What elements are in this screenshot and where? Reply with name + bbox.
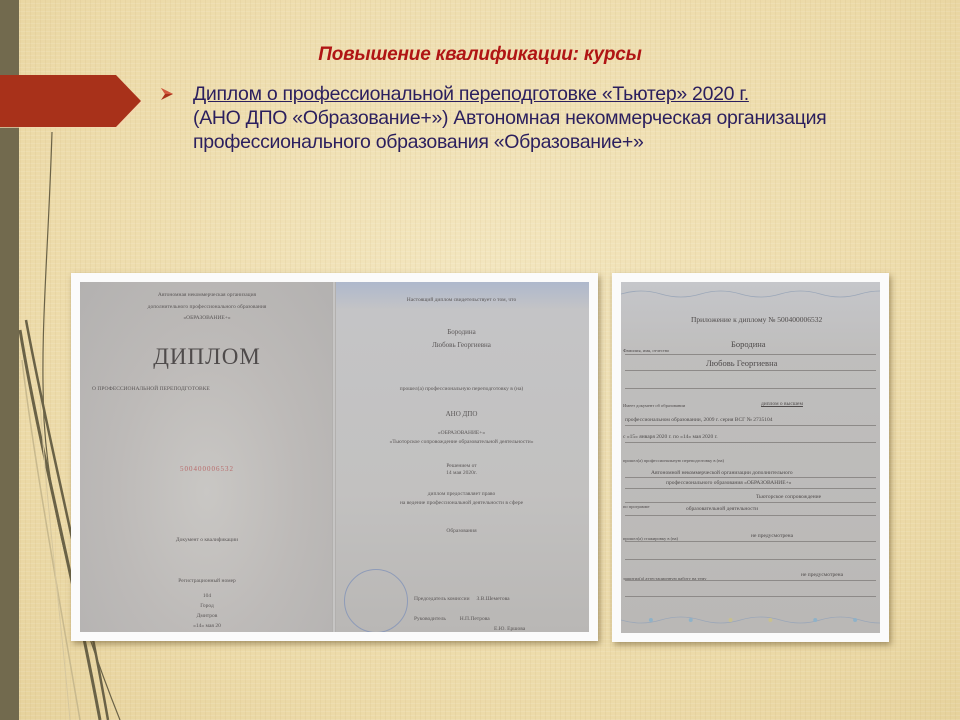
appendix-header: Приложение к диплому № 500400006532 [691,315,822,324]
passed-text: прошел(а) профессиональную переподготовк… [334,386,589,392]
reg-number: 104 [80,593,334,599]
prev-doc: диплом о высшем [761,401,803,407]
reg-label: Регистрационный номер [80,578,334,584]
program-name: образовательной деятельности [686,506,758,512]
appendix-photo: Приложение к диплому № 500400006532 Боро… [612,273,889,642]
org-line: «ОБРАЗОВАНИЕ+» [80,315,334,321]
head-signature: Руководитель Н.П.Петрова [334,616,589,622]
form-line [625,596,876,597]
form-line [625,580,876,581]
rights-text: на ведение профессиональной деятельности… [334,500,589,506]
form-line [625,541,876,542]
serial-number: 500400006532 [80,465,334,473]
chair-name: З.В.Шеметова [476,596,509,602]
decorative-wave-icon [621,288,880,300]
internship-value: не предусмотрена [751,533,793,539]
bullet-description: (АНО ДПО «Образование+») Автономная неко… [193,107,826,153]
org-name: АНО ДПО [334,410,589,418]
holder-name: Любовь Георгиевна [706,358,777,368]
thesis-value: не предусмотрена [801,572,843,578]
slide-title: Повышение квалификации: курсы [0,44,960,66]
passed-label: прошел(а) профессиональную переподготовк… [623,458,724,463]
form-line [625,477,876,478]
diploma-subheading: О ПРОФЕССИОНАЛЬНОЙ ПЕРЕПОДГОТОВКЕ [80,386,334,392]
org-line: дополнительного профессионального образо… [80,304,334,310]
qualification-label: Документ о квалификации [80,537,334,543]
holder-name: Любовь Георгиевна [334,341,589,349]
form-line [625,425,876,426]
diploma-heading: ДИПЛОМ [80,344,334,370]
arrowhead-bullet-icon [160,87,174,101]
form-line [625,488,876,489]
holder-surname: Бородина [334,328,589,336]
chair-label: Председатель комиссии [414,596,470,602]
form-line [625,370,876,371]
org-name: профессионального образования «ОБРАЗОВАН… [666,480,791,486]
holder-surname: Бородина [731,339,766,349]
program-name: Тьюторское сопровождение [756,494,821,500]
bullet-text: Диплом о профессиональной переподготовке… [193,82,893,154]
form-line [625,515,876,516]
form-line [625,502,876,503]
form-line [625,388,876,389]
chair-signature: Председатель комиссии З.В.Шеметова [334,596,589,602]
org-name: Автономной некоммерческой организации до… [651,470,793,476]
diploma-link[interactable]: Диплом о профессиональной переподготовке… [193,83,749,105]
field-of-activity: Образования [334,528,589,534]
appendix-page: Приложение к диплому № 500400006532 Боро… [621,282,880,633]
rights-text: диплом предоставляет право [334,491,589,497]
city: Дмитров [80,613,334,619]
secretary-name: Е.Ю. Ершова [334,626,589,632]
city-label: Город [80,603,334,609]
study-period: с «15» января 2020 г. по «14» мая 2020 г… [623,434,718,440]
org-line: Автономная некоммерческая организация [80,292,334,298]
org-name: «ОБРАЗОВАНИЕ+» [334,430,589,436]
prev-doc-details: профессиональном образовании, 2009 г. се… [625,417,773,423]
diploma-left-page: Автономная некоммерческая организация до… [80,282,334,632]
prev-doc-label: Имеет документ об образовании [623,403,685,408]
head-label: Руководитель [414,616,446,622]
fio-label: Фамилия, имя, отчество [623,348,669,353]
decision-label: Решением от [334,463,589,469]
program-name: «Тьюторское сопровождение образовательно… [334,439,589,445]
form-line [625,559,876,560]
arrow-banner-icon [0,75,145,130]
diploma-fold [332,282,336,632]
head-name: Н.П.Петрова [460,616,490,622]
diploma-photo: Автономная некоммерческая организация до… [71,273,598,641]
decorative-wave-icon [621,614,880,626]
program-label: по программе [623,504,649,509]
diploma-right-page: Настоящий диплом свидетельствует о том, … [334,282,589,632]
intro-text: Настоящий диплом свидетельствует о том, … [334,297,589,303]
issue-date: «14» мая 20 [80,623,334,629]
form-line [625,442,876,443]
decision-date: 14 мая 2020г. [334,470,589,476]
form-line [625,354,876,355]
